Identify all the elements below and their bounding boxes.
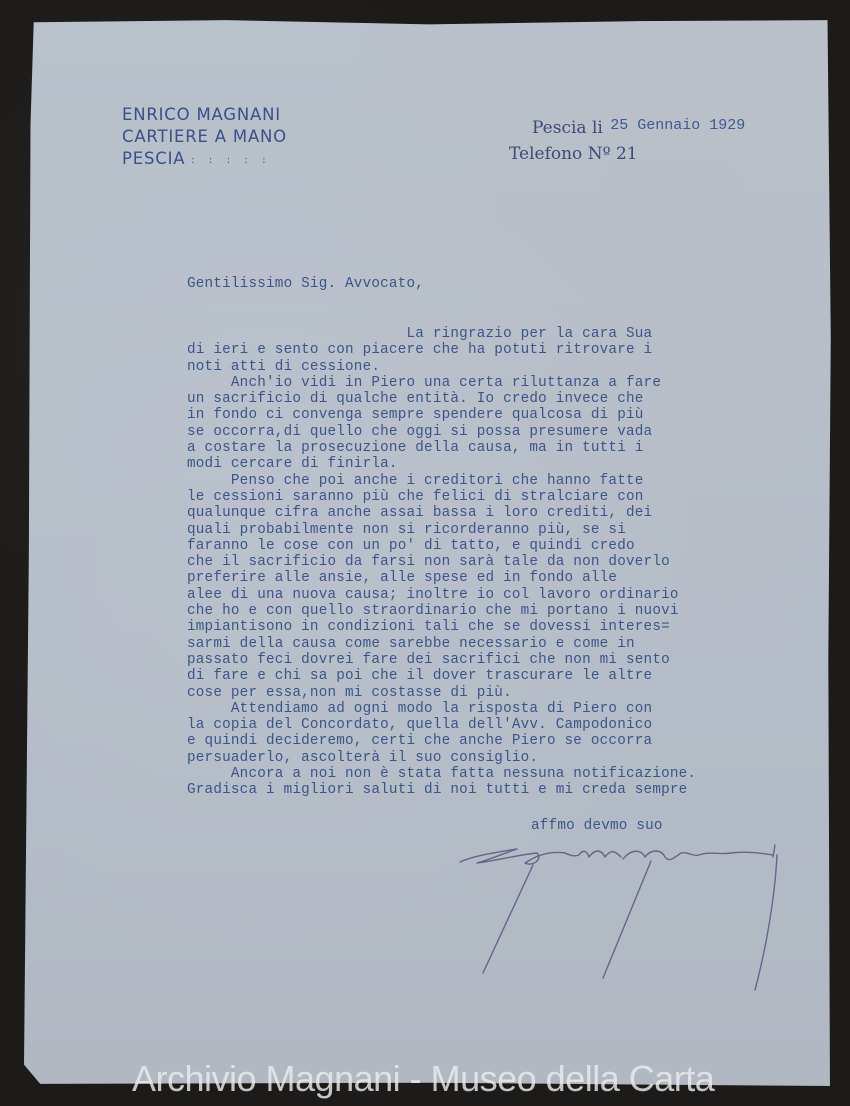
body-line: Penso che poi anche i creditori che hann… [187,473,696,489]
body-line: qualunque cifra anche assai bassa i loro… [187,505,696,521]
place-date: Pescia li 25 Gennaio 1929 [532,118,745,138]
body-line: a costare la prosecuzione della causa, m… [187,440,696,456]
body-line: se occorra,di quello che oggi si possa p… [187,424,696,440]
body-line: alee di una nuova causa; inoltre io col … [187,587,696,603]
archive-watermark: Archivio Magnani - Museo della Carta [132,1058,714,1100]
phone-number: Telefono Nº 21 [509,144,638,164]
body-line: noti atti di cessione. [187,359,696,375]
body-line: Attendiamo ad ogni modo la risposta di P… [187,701,696,717]
body-line: sarmi della causa come sarebbe necessari… [187,636,696,652]
letterhead-city: PESCIA ∶ ∶ ∶ ∶ ∶ [122,148,287,173]
body-line: la copia del Concordato, quella dell'Avv… [187,717,696,733]
letter-body: La ringrazio per la cara Suadi ieri e se… [187,326,696,799]
body-line: Ancora a noi non è stata fatta nessuna n… [187,766,696,782]
body-line: persuaderlo, ascolterà il suo consiglio. [187,750,696,766]
body-line: preferire alle ansie, alle spese ed in f… [187,570,696,586]
letterhead-business: CARTIERE A MANO [122,126,287,148]
body-line: modi cercare di finirla. [187,456,696,472]
body-line: Anch'io vidi in Piero una certa riluttan… [187,375,696,391]
body-line: di fare e chi sa poi che il dover trascu… [187,668,696,684]
body-line: che il sacrificio da farsi non sarà tale… [187,554,696,570]
letterhead-ornament: ∶ ∶ ∶ ∶ ∶ [191,156,271,167]
place-label: Pescia li [532,118,603,138]
body-line: le cessioni saranno più che felici di st… [187,489,696,505]
salutation: Gentilissimo Sig. Avvocato, [187,276,424,292]
letterhead-city-label: PESCIA [122,149,185,168]
body-line: e quindi decideremo, certi che anche Pie… [187,733,696,749]
body-line: La ringrazio per la cara Sua [187,326,696,342]
body-line: in fondo ci convenga sempre spendere qua… [187,407,696,423]
handwritten-signature [455,835,815,1005]
body-line: Gradisca i migliori saluti di noi tutti … [187,782,696,798]
body-line: che ho e con quello straordinario che mi… [187,603,696,619]
closing: affmo devmo suo [531,818,663,834]
body-line: un sacrificio di qualche entità. Io cred… [187,391,696,407]
body-line: cose per essa,non mi costasse di più. [187,685,696,701]
body-line: faranno le cose con un po' di tatto, e q… [187,538,696,554]
body-line: impiantisono in condizioni tali che se d… [187,619,696,635]
body-line: di ieri e sento con piacere che ha potut… [187,342,696,358]
body-line: quali probabilmente non si ricorderanno … [187,522,696,538]
letterhead-name: ENRICO MAGNANI [122,104,287,126]
letterhead: ENRICO MAGNANI CARTIERE A MANO PESCIA ∶ … [122,104,287,173]
body-line: passato feci dovrei fare dei sacrifici c… [187,652,696,668]
letter-date: 25 Gennaio 1929 [610,117,745,134]
